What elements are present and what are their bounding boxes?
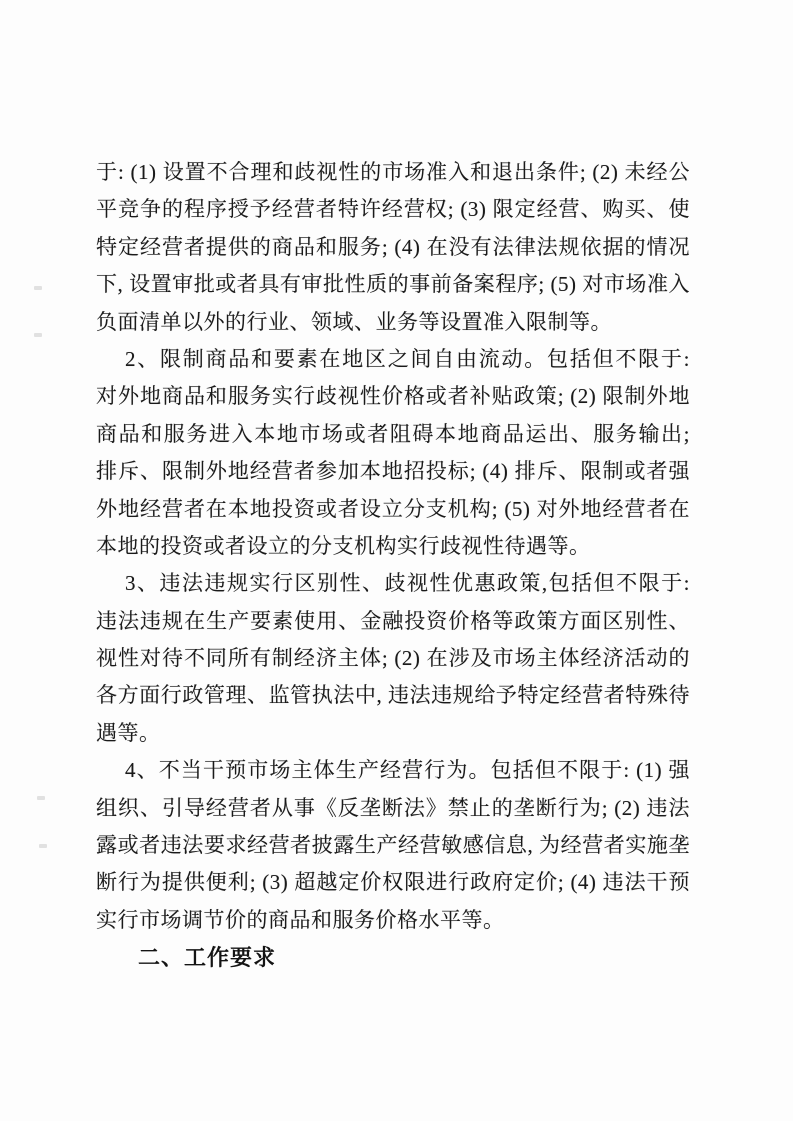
paragraph-line: 视性对待不同所有制经济主体; (2) 在涉及市场主体经济活动的	[96, 640, 690, 677]
paragraph-line: 外地经营者在本地投资或者设立分支机构; (5) 对外地经营者在	[96, 491, 690, 528]
paragraph-line: 商品和服务进入本地市场或者阻碍本地商品运出、服务输出; (3)	[96, 416, 690, 453]
paragraph-line: 实行市场调节价的商品和服务价格水平等。	[96, 902, 690, 939]
paragraph-line: 对外地商品和服务实行歧视性价格或者补贴政策; (2) 限制外地	[96, 378, 690, 415]
paragraph-line: 排斥、限制外地经营者参加本地招投标; (4) 排斥、限制或者强制	[96, 453, 690, 490]
scanned-document-page: 于: (1) 设置不合理和歧视性的市场准入和退出条件; (2) 未经公平竞争的程…	[0, 0, 793, 1121]
scan-artifact-speck	[37, 796, 45, 800]
paragraph-line: 2、限制商品和要素在地区之间自由流动。包括但不限于: (1)	[96, 341, 690, 378]
section-heading: 二、工作要求	[96, 939, 690, 976]
paragraph-line: 于: (1) 设置不合理和歧视性的市场准入和退出条件; (2) 未经公	[96, 154, 690, 191]
scan-artifact-speck	[34, 333, 42, 337]
paragraph-line: 平竞争的程序授予经营者特许经营权; (3) 限定经营、购买、使用	[96, 191, 690, 228]
paragraph: 于: (1) 设置不合理和歧视性的市场准入和退出条件; (2) 未经公平竞争的程…	[96, 154, 690, 341]
paragraph-line: 遇等。	[96, 715, 690, 752]
paragraph-line: 特定经营者提供的商品和服务; (4) 在没有法律法规依据的情况	[96, 229, 690, 266]
document-text-block: 于: (1) 设置不合理和歧视性的市场准入和退出条件; (2) 未经公平竞争的程…	[96, 154, 690, 977]
paragraph-line: 各方面行政管理、监管执法中, 违法违规给予特定经营者特殊待	[96, 677, 690, 714]
scan-artifact-speck	[39, 844, 47, 848]
paragraph: 3、违法违规实行区别性、歧视性优惠政策,包括但不限于: (1)违法违规在生产要素…	[96, 565, 690, 752]
paragraph-line: 违法违规在生产要素使用、金融投资价格等政策方面区别性、歧	[96, 603, 690, 640]
paragraph-line: 组织、引导经营者从事《反垄断法》禁止的垄断行为; (2) 违法披	[96, 790, 690, 827]
paragraph-line: 露或者违法要求经营者披露生产经营敏感信息, 为经营者实施垄	[96, 827, 690, 864]
paragraph-line: 4、不当干预市场主体生产经营行为。包括但不限于: (1) 强制、	[96, 752, 690, 789]
scan-artifact-speck	[34, 286, 42, 290]
paragraph: 2、限制商品和要素在地区之间自由流动。包括但不限于: (1)对外地商品和服务实行…	[96, 341, 690, 565]
paragraphs-container: 于: (1) 设置不合理和歧视性的市场准入和退出条件; (2) 未经公平竞争的程…	[96, 154, 690, 939]
paragraph-line: 本地的投资或者设立的分支机构实行歧视性待遇等。	[96, 528, 690, 565]
paragraph-line: 负面清单以外的行业、领域、业务等设置准入限制等。	[96, 304, 690, 341]
paragraph-line: 断行为提供便利; (3) 超越定价权限进行政府定价; (4) 违法干预	[96, 864, 690, 901]
paragraph: 4、不当干预市场主体生产经营行为。包括但不限于: (1) 强制、组织、引导经营者…	[96, 752, 690, 939]
paragraph-line: 下, 设置审批或者具有审批性质的事前备案程序; (5) 对市场准入	[96, 266, 690, 303]
paragraph-line: 3、违法违规实行区别性、歧视性优惠政策,包括但不限于: (1)	[96, 565, 690, 602]
